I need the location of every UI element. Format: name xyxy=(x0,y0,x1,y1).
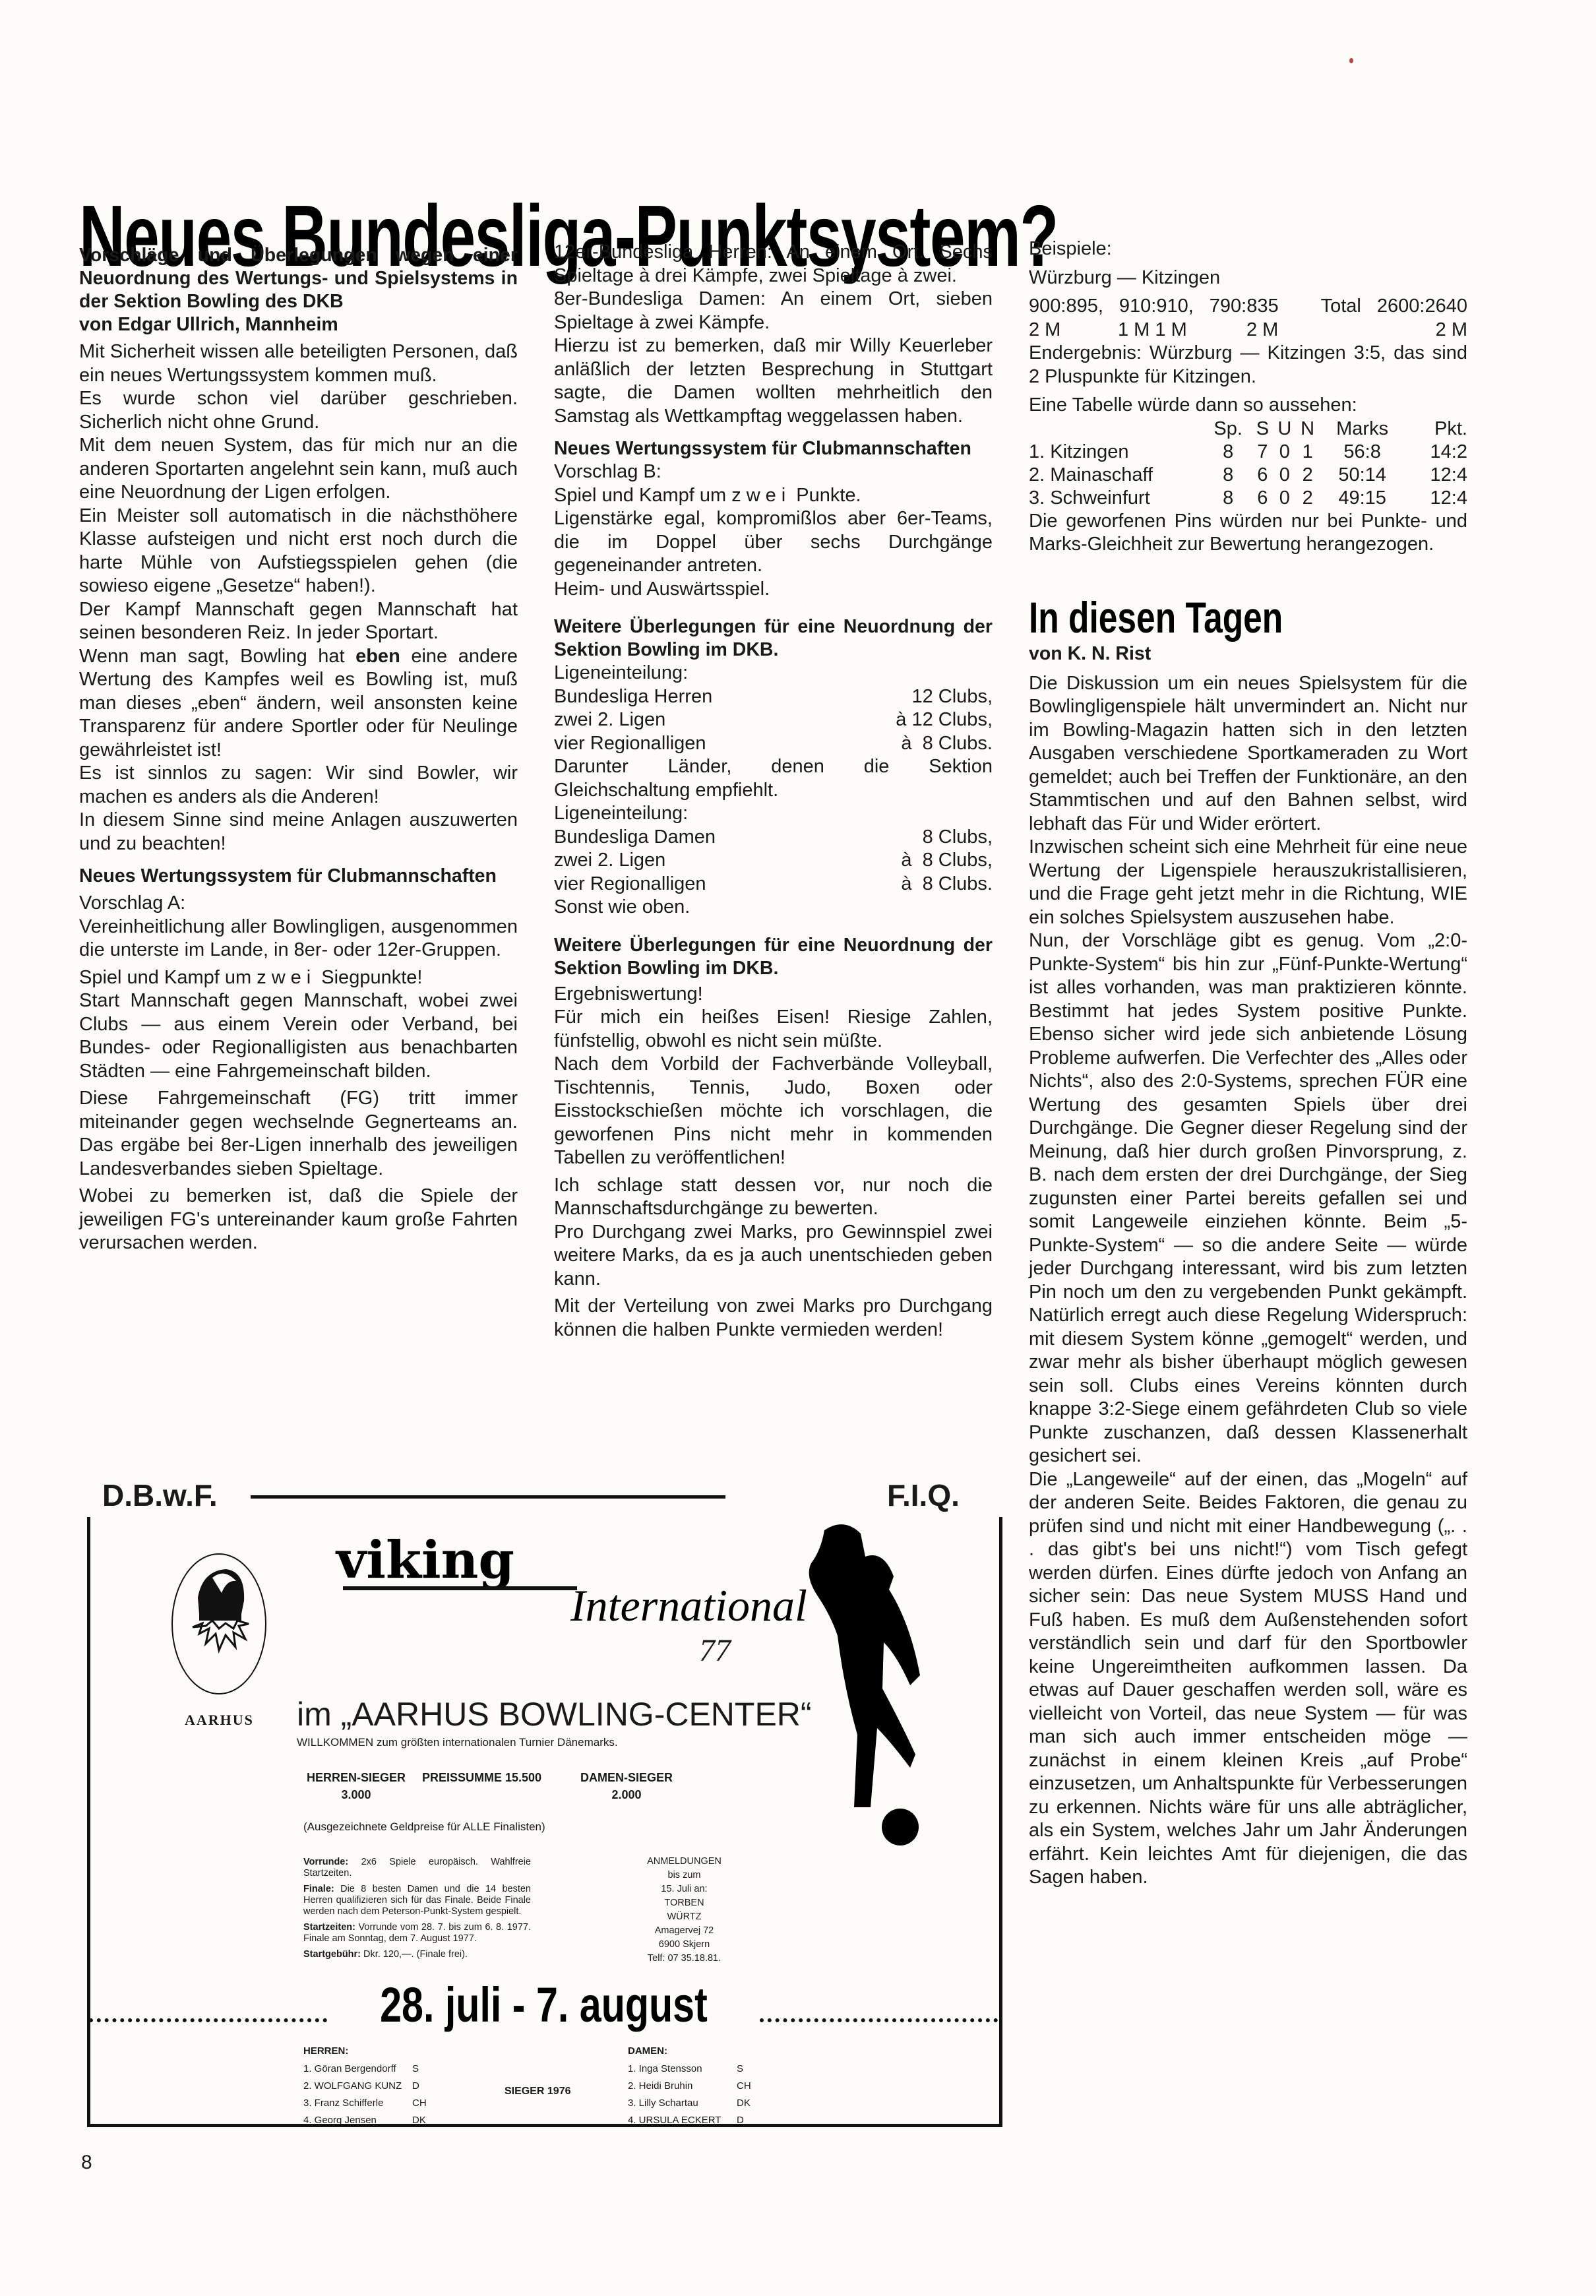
print-speck xyxy=(1349,58,1353,63)
example-marks: 2 M 1 M 1 M 2 M 2 M xyxy=(1029,319,1467,342)
paragraph: Ein Meister soll automatisch in die näch… xyxy=(79,505,518,598)
list-label: Ligeneinteilung: xyxy=(554,662,993,685)
paragraph: Nun, der Vorschläge gibt es genug. Vom „… xyxy=(1029,929,1467,1468)
article-column-2: 12er-Bundesliga Herren: An einem Ort. Se… xyxy=(554,241,993,1342)
article-column-1: Vorschläge und Überlegungen wegen einer … xyxy=(79,244,518,1255)
paragraph: Endergebnis: Würzburg — Kitzingen 3:5, d… xyxy=(1029,342,1467,388)
standings-table: Sp. S U N Marks Pkt. 1. Kitzingen 8 7 0 … xyxy=(1029,418,1467,510)
list-item: 1. Inga StenssonS xyxy=(628,2061,751,2078)
list-label: Ligeneinteilung: xyxy=(554,802,993,826)
section-heading: Neues Wertungssystem für Clubmannschafte… xyxy=(79,865,518,888)
brand-year: 77 xyxy=(699,1632,731,1669)
logo-caption: AARHUS xyxy=(185,1712,254,1729)
dotted-rule xyxy=(760,2013,998,2022)
example-scores: 900:895, 910:910, 790:835 Total 2600:264… xyxy=(1029,295,1467,319)
prize-note: (Ausgezeichnete Geldpreise für ALLE Fina… xyxy=(303,1820,545,1834)
paragraph: Eine Tabelle würde dann so aussehen: xyxy=(1029,394,1467,418)
list-item: 3. Franz SchifferleCH xyxy=(303,2095,427,2112)
venue: im „AARHUS BOWLING-CENTER“ xyxy=(297,1695,812,1733)
tournament-dates: 28. juli - 7. august xyxy=(370,1979,717,2032)
paragraph: Die Diskussion um ein neues Spielsystem … xyxy=(1029,672,1467,836)
league-row: zwei 2. Ligenà 8 Clubs, xyxy=(554,849,993,873)
prize-total: PREISSUMME 15.500 xyxy=(422,1769,541,1786)
section-heading: Weitere Überlegungen für eine Neuordnung… xyxy=(554,934,993,980)
paragraph: Diese Fahrgemeinschaft (FG) tritt immer … xyxy=(79,1087,518,1181)
article-intro-heading: Vorschläge und Überlegungen wegen einer … xyxy=(79,244,518,336)
paragraph: Für mich ein heißes Eisen! Riesige Zahle… xyxy=(554,1006,993,1053)
paragraph: Ergebniswertung! xyxy=(554,983,993,1007)
tournament-details: Vorrunde: 2x6 Spiele europäisch. Wahlfre… xyxy=(303,1857,531,1965)
registration-info: ANMELDUNGEN bis zum 15. Juli an: TORBEN … xyxy=(646,1855,722,1966)
org-fiq: F.I.Q. xyxy=(887,1477,960,1513)
paragraph: Es wurde schon viel darüber geschrieben.… xyxy=(79,387,518,434)
paragraph: Mit dem neuen System, das für mich nur a… xyxy=(79,434,518,505)
author-byline: von Edgar Ullrich, Mannheim xyxy=(79,313,518,336)
list-item: 3. Lilly SchartauDK xyxy=(628,2095,751,2112)
paragraph: Darunter Länder, denen die Sektion Gleic… xyxy=(554,755,993,802)
paragraph: Die geworfenen Pins würden nur bei Punkt… xyxy=(1029,510,1467,557)
paragraph: Der Kampf Mannschaft gegen Mannschaft ha… xyxy=(79,598,518,645)
paragraph: Start Mannschaft gegen Mannschaft, wobei… xyxy=(79,989,518,1083)
league-row: vier Regionalligenà 8 Clubs. xyxy=(554,732,993,756)
section-heading: Neues Wertungssystem für Clubmannschafte… xyxy=(554,437,993,460)
example-match: Würzburg — Kitzingen xyxy=(1029,266,1467,290)
paragraph: Nach dem Vorbild der Fachverbände Volley… xyxy=(554,1053,993,1170)
paragraph: Pro Durchgang zwei Marks, pro Gewinnspie… xyxy=(554,1221,993,1291)
dates-banner: 28. juli - 7. august xyxy=(89,1979,998,2032)
paragraph: Heim- und Auswärtsspiel. xyxy=(554,578,993,602)
brand-international: International xyxy=(570,1580,807,1632)
advertisement-viking-international: D.B.w.F. F.I.Q. AARHUS viking Internatio… xyxy=(79,1477,999,2137)
table-row: 2. Mainaschaff 8 6 0 2 50:14 12:4 xyxy=(1029,464,1467,487)
viking-head-logo-icon xyxy=(171,1553,266,1694)
herren-winners: HERREN: 1. Göran BergendorffS 2. WOLFGAN… xyxy=(303,2045,427,2129)
list-item: 4. Georg JensenDK xyxy=(303,2112,427,2129)
paragraph: Es ist sinnlos zu sagen: Wir sind Bowler… xyxy=(79,762,518,809)
bowler-silhouette-icon xyxy=(805,1517,956,1847)
prize-damen: DAMEN-SIEGER 2.000 xyxy=(580,1769,673,1803)
proposal-label: Vorschlag A: xyxy=(79,892,518,915)
author-byline: von K. N. Rist xyxy=(1029,642,1467,666)
table-row: 1. Kitzingen 8 7 0 1 56:8 14:2 xyxy=(1029,441,1467,464)
table-header-row: Sp. S U N Marks Pkt. xyxy=(1029,418,1467,441)
ad-top-rule xyxy=(251,1495,725,1499)
paragraph: Inzwischen scheint sich eine Mehrheit fü… xyxy=(1029,836,1467,929)
paragraph: Hierzu ist zu bemerken, daß mir Willy Ke… xyxy=(554,334,993,428)
article-2-title: In diesen Tagen xyxy=(1029,592,1371,642)
org-dbwf: D.B.w.F. xyxy=(102,1477,218,1513)
league-row: vier Regionalligenà 8 Clubs. xyxy=(554,873,993,896)
league-row: Bundesliga Damen8 Clubs, xyxy=(554,826,993,850)
paragraph: Wenn man sagt, Bowling hat eben eine and… xyxy=(79,645,518,762)
league-row: Bundesliga Herren12 Clubs, xyxy=(554,685,993,709)
paragraph: Die „Langeweile“ auf der einen, das „Mog… xyxy=(1029,1468,1467,1890)
list-item: 2. WOLFGANG KUNZD xyxy=(303,2078,427,2095)
paragraph: Mit der Verteilung von zwei Marks pro Du… xyxy=(554,1295,993,1342)
paragraph: 12er-Bundesliga Herren: An einem Ort. Se… xyxy=(554,241,993,288)
list-item: 4. URSULA ECKERTD xyxy=(628,2112,751,2129)
list-item: 2. Heidi BruhinCH xyxy=(628,2078,751,2095)
welcome-text: WILLKOMMEN zum größten internationalen T… xyxy=(297,1736,618,1749)
page-number: 8 xyxy=(81,2152,92,2174)
prize-herren: HERREN-SIEGER 3.000 xyxy=(307,1769,406,1803)
sieger-label: SIEGER 1976 xyxy=(505,2086,571,2097)
brand-underline xyxy=(343,1586,577,1590)
paragraph: Ligenstärke egal, kompromißlos aber 6er-… xyxy=(554,507,993,578)
table-row: 3. Schweinfurt 8 6 0 2 49:15 12:4 xyxy=(1029,487,1467,510)
brand-viking: viking xyxy=(336,1530,514,1590)
dotted-rule xyxy=(89,2013,327,2022)
paragraph: Mit Sicherheit wissen alle beteiligten P… xyxy=(79,340,518,387)
list-item: 1. Göran BergendorffS xyxy=(303,2061,427,2078)
paragraph: Ich schlage statt dessen vor, nur noch d… xyxy=(554,1174,993,1221)
example-label: Beispiele: xyxy=(1029,237,1467,261)
paragraph: Sonst wie oben. xyxy=(554,896,993,919)
paragraph: 8er-Bundesliga Damen: An einem Ort, sieb… xyxy=(554,288,993,334)
league-row: zwei 2. Ligenà 12 Clubs, xyxy=(554,708,993,732)
paragraph: Spiel und Kampf um zwei Punkte. xyxy=(554,484,993,508)
proposal-label: Vorschlag B: xyxy=(554,460,993,484)
article-column-3: Beispiele: Würzburg — Kitzingen 900:895,… xyxy=(1029,237,1467,1890)
paragraph: Wobei zu bemerken ist, daß die Spiele de… xyxy=(79,1185,518,1255)
paragraph: Spiel und Kampf um zwei Siegpunkte! xyxy=(79,966,518,990)
section-heading: Weitere Überlegungen für eine Neuordnung… xyxy=(554,615,993,662)
paragraph: Vereinheitlichung aller Bowlingligen, au… xyxy=(79,915,518,962)
damen-winners: DAMEN: 1. Inga StenssonS 2. Heidi Bruhin… xyxy=(628,2045,751,2129)
paragraph: In diesem Sinne sind meine Anlagen auszu… xyxy=(79,809,518,855)
